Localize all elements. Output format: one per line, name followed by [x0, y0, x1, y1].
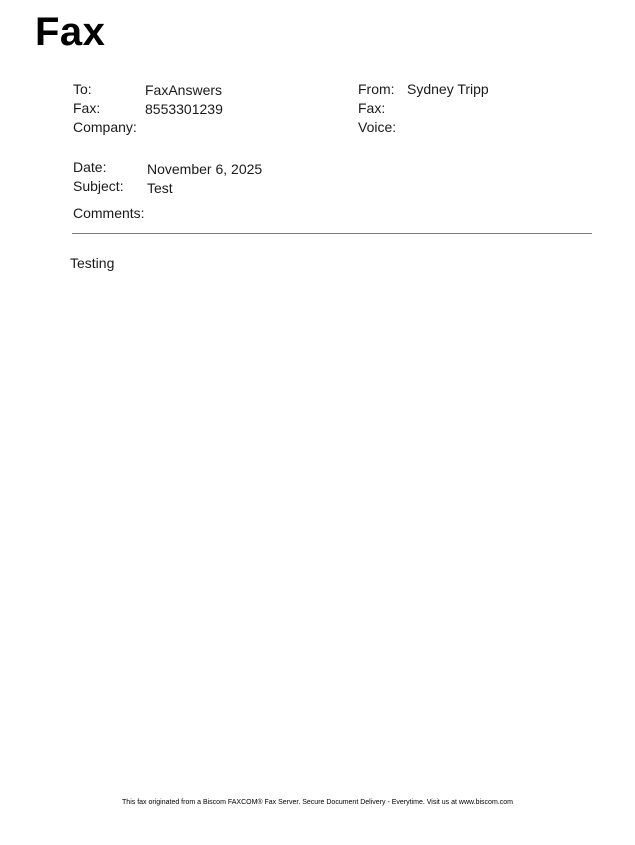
message-body: Testing: [70, 255, 114, 271]
subject-value: Test: [147, 180, 173, 196]
from-value: Sydney Tripp: [407, 81, 489, 97]
voice-label: Voice:: [358, 119, 396, 135]
to-label: To:: [73, 81, 92, 97]
divider: [72, 233, 592, 234]
recipient-fax-value: 8553301239: [145, 101, 223, 117]
date-value: November 6, 2025: [147, 161, 262, 177]
date-label: Date:: [73, 159, 106, 175]
to-value: FaxAnswers: [145, 82, 222, 98]
comments-label: Comments:: [73, 205, 145, 221]
company-label: Company:: [73, 119, 137, 135]
recipient-fax-label: Fax:: [73, 100, 100, 116]
page-title: Fax: [35, 10, 105, 55]
footer-text: This fax originated from a Biscom FAXCOM…: [0, 799, 635, 806]
from-label: From:: [358, 81, 395, 97]
subject-label: Subject:: [73, 178, 124, 194]
sender-fax-label: Fax:: [358, 100, 385, 116]
